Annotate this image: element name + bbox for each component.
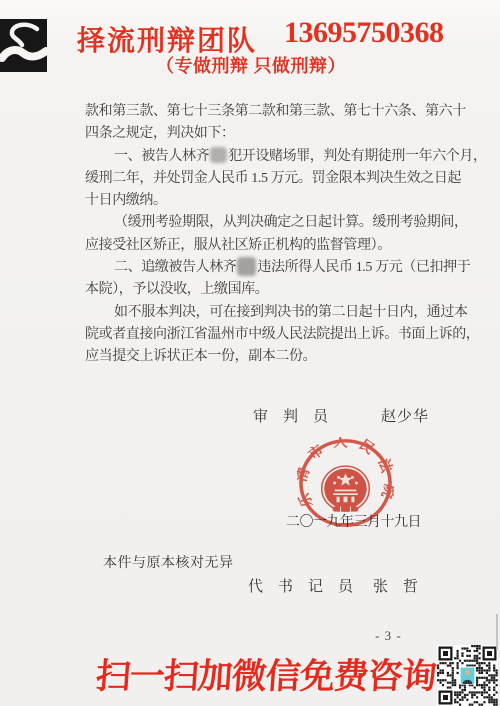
body-line: 十日内缴纳。: [85, 190, 471, 212]
copy-verification-note: 本件与原本核对无异: [103, 552, 234, 572]
clerk-name: 张 哲: [373, 579, 418, 595]
emblem-small-star: [333, 482, 336, 485]
emblem-small-star: [355, 482, 358, 485]
emblem-gate-pillar: [344, 497, 348, 503]
phone-number: 13695750368: [284, 16, 444, 50]
qr-center-avatar: [460, 667, 475, 684]
clerk-signature-row: 代 书 记 员张 哲: [248, 577, 418, 597]
body-line: （缓刑考验期限，从判决确定之日起计算。缓刑考验期间，: [85, 212, 471, 234]
judge-label: 审 判 员: [253, 409, 328, 425]
body-text: 应接受社区矫正，服从社区矫正机构的监督管理）。: [85, 238, 391, 253]
body-text: 款和第三款、第七十三条第二款和第三款、第七十六条、第六十: [85, 104, 466, 119]
body-text: 十日内缴纳。: [85, 193, 167, 208]
body-text: 应当提交上诉状正本一份，副本二份。: [85, 349, 316, 364]
body-line: 应当提交上诉状正本一份，副本二份。: [85, 346, 471, 368]
body-text: 违法所得人民币 1.5 万元（已扣押于: [257, 260, 470, 275]
wechat-qr-code: [437, 645, 498, 706]
scan-edge-artifact: [496, 614, 498, 650]
body-text: （缓刑考验期限，从判决确定之日起计算。缓刑考验期间，: [114, 215, 468, 230]
judge-name: 赵少华: [381, 409, 429, 425]
law-firm-logo: [0, 19, 47, 72]
redacted-name: [237, 257, 256, 276]
emblem-small-star: [351, 476, 354, 479]
body-text: 院或者直接向浙江省温州市中级人民法院提出上诉。书面上诉的，: [85, 327, 479, 342]
team-tagline: （专做刑辩 只做刑辩）: [156, 52, 346, 78]
body-line: 本院），予以没收，上缴国库。: [85, 279, 471, 301]
emblem-gate-pillar: [337, 497, 340, 503]
scanned-judgment-page: 择流刑辩团队 13695750368 （专做刑辩 只做刑辩） 款和第三款、第七十…: [0, 0, 500, 706]
qr-finder-top-left: [439, 647, 453, 661]
judge-signature-row: 审 判 员赵少华: [253, 407, 429, 427]
body-line: 款和第三款、第七十三条第二款和第三款、第七十六条、第六十: [85, 101, 471, 123]
body-text: 一、被告人林齐: [114, 149, 209, 164]
body-line: 应接受社区矫正，服从社区矫正机构的监督管理）。: [85, 235, 471, 257]
body-line: 四条之规定，判决如下：: [85, 123, 471, 145]
qr-finder-top-right: [483, 647, 497, 661]
body-text: 缓刑二年，并处罚金人民币 1.5 万元。罚金限本判决生效之日起: [85, 171, 461, 186]
emblem-gate-roof: [333, 493, 358, 495]
clerk-label: 代 书 记 员: [248, 579, 353, 595]
body-text: 二、追缴被告人林齐: [114, 260, 236, 275]
judgment-date: 二〇一九年三月十九日: [286, 511, 421, 531]
body-text: 如不服本判决，可在接到判决书的第二日起十日内，通过本: [114, 305, 468, 320]
body-line: 院或者直接向浙江省温州市中级人民法院提出上诉。书面上诉的，: [85, 324, 471, 346]
emblem-small-star: [337, 476, 340, 479]
body-line: 二、追缴被告人林齐违法所得人民币 1.5 万元（已扣押于: [85, 257, 471, 279]
body-line: 如不服本判决，可在接到判决书的第二日起十日内，通过本: [85, 302, 471, 324]
judgment-body: 款和第三款、第七十三条第二款和第三款、第七十六条、第六十 四条之规定，判决如下：…: [85, 101, 471, 369]
wechat-promo-text: 扫一扫加微信免费咨询: [94, 649, 438, 699]
body-line: 一、被告人林齐犯开设赌场罪，判处有期徒刑一年六个月，: [85, 146, 471, 168]
body-text: 本院），予以没收，上缴国库。: [85, 282, 268, 297]
emblem-gate-pillar: [351, 497, 354, 503]
body-line: 缓刑二年，并处罚金人民币 1.5 万元。罚金限本判决生效之日起: [85, 168, 471, 190]
emblem-gate-eave: [335, 490, 357, 492]
body-text: 四条之规定，判决如下：: [85, 126, 235, 141]
page-number: - 3 -: [375, 628, 402, 644]
body-text: 犯开设赌场罪，判处有期徒刑一年六个月，: [228, 149, 486, 164]
redacted-name: [210, 147, 227, 163]
qr-finder-bottom-left: [439, 691, 453, 705]
